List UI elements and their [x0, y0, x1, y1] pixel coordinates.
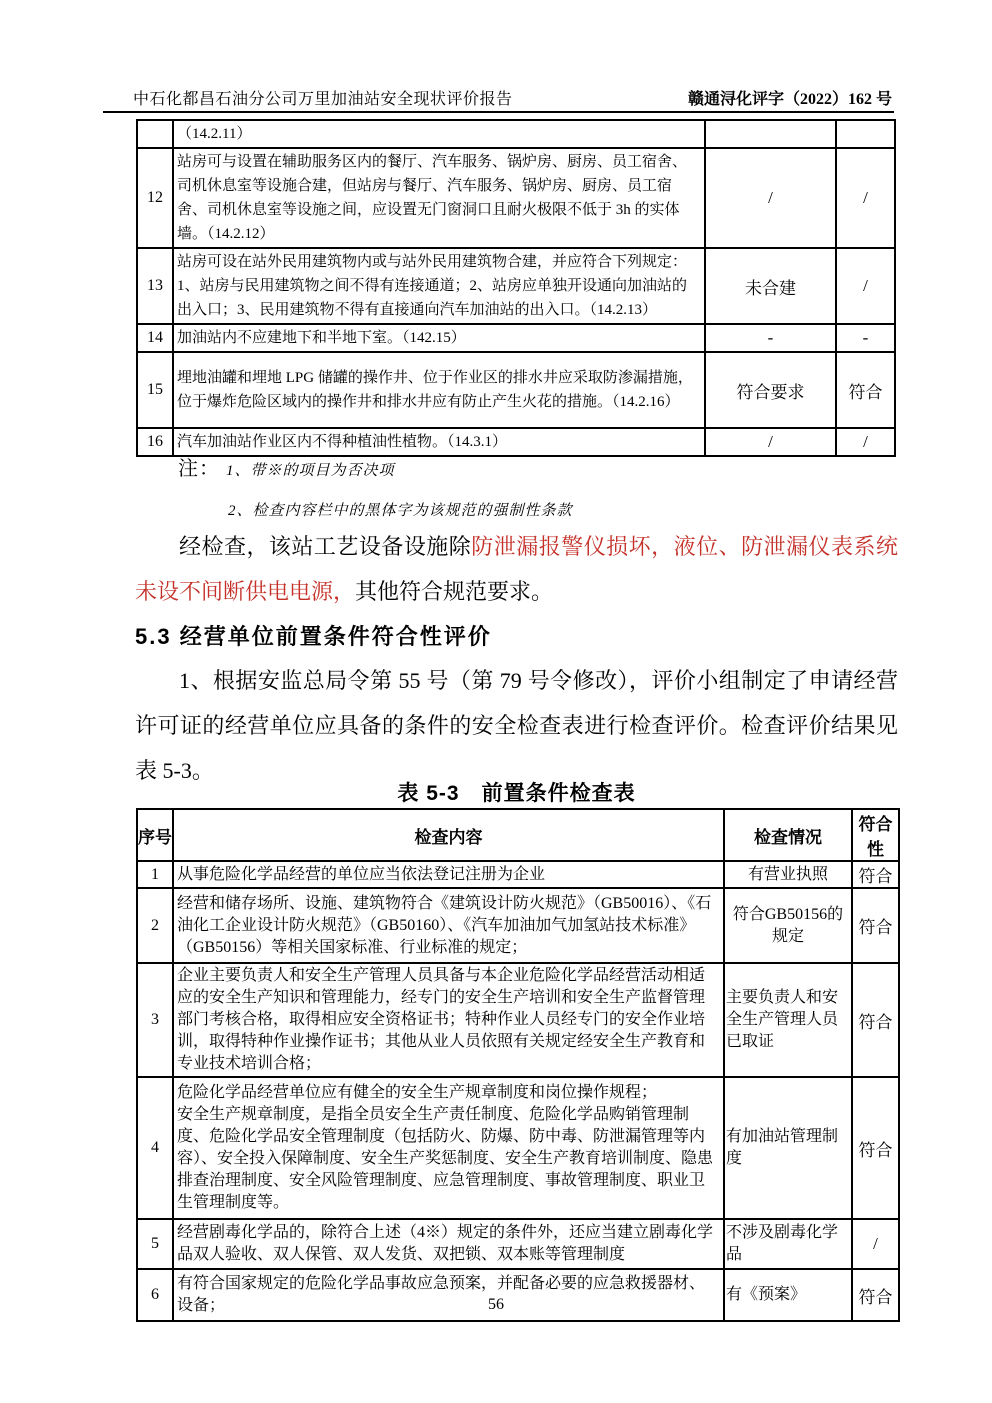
check-content-cell: 危险化学品经营单位应有健全的安全生产规章制度和岗位操作规程； 安全生产规章制度，…: [173, 1077, 724, 1219]
check-status-cell: 未合建: [705, 248, 836, 324]
check-content-cell: 站房可设在站外民用建筑物内或与站外民用建筑物合建，并应符合下列规定：1、站房与民…: [173, 248, 705, 324]
table-row: 12 站房可与设置在辅助服务区内的餐厅、汽车服务、锅炉房、厨房、员工宿舍、司机休…: [137, 148, 895, 248]
page-header: 中石化都昌石油分公司万里加油站安全现状评价报告 赣通浔化评字（2022）162 …: [133, 86, 892, 109]
report-code: 赣通浔化评字（2022）162 号: [688, 86, 892, 109]
check-status-cell: 符合GB50156的规定: [724, 888, 852, 963]
row-number-cell: 5: [137, 1219, 173, 1269]
check-content-cell: 站房可与设置在辅助服务区内的餐厅、汽车服务、锅炉房、厨房、员工宿舍、司机休息室等…: [173, 148, 705, 248]
row-number-cell: 16: [137, 428, 173, 456]
conclusion-suffix: 其他符合规范要求。: [355, 579, 553, 604]
conformity-cell: /: [836, 148, 895, 248]
conclusion-prefix: 经检查，该站工艺设备设施除: [179, 534, 471, 559]
check-content-cell: 经营剧毒化学品的，除符合上述（4※）规定的条件外，还应当建立剧毒化学品双人验收、…: [173, 1219, 724, 1269]
header-divider: [103, 111, 894, 113]
precondition-checklist-table: 序号 检查内容 检查情况 符合性 1 从事危险化学品经营的单位应当依法登记注册为…: [136, 808, 900, 1322]
row-number-cell: 15: [137, 352, 173, 428]
note-item-1: 1、带※的项目为否决项: [226, 459, 395, 480]
conformity-cell: -: [836, 324, 895, 352]
table-caption: 表 5-3 前置条件检查表: [135, 777, 898, 807]
conformity-cell: /: [852, 1219, 899, 1269]
document-page: 中石化都昌石油分公司万里加油站安全现状评价报告 赣通浔化评字（2022）162 …: [0, 0, 992, 1403]
table-row: 2 经营和储存场所、设施、建筑物符合《建筑设计防火规范》（GB50016）、《石…: [137, 888, 899, 963]
table-header-row: 序号 检查内容 检查情况 符合性: [137, 809, 899, 861]
check-status-cell: /: [705, 148, 836, 248]
check-status-cell: 不涉及剧毒化学品: [724, 1219, 852, 1269]
table-row: 5 经营剧毒化学品的，除符合上述（4※）规定的条件外，还应当建立剧毒化学品双人验…: [137, 1219, 899, 1269]
row-number-cell: [137, 120, 173, 148]
notes-label: 注：: [178, 452, 220, 481]
check-status-cell: 有加油站管理制度: [724, 1077, 852, 1219]
check-status-cell: [705, 120, 836, 148]
check-content-cell: 企业主要负责人和安全生产管理人员具备与本企业危险化学品经营活动相适应的安全生产知…: [173, 963, 724, 1077]
section-paragraph: 1、根据安监总局令第 55 号（第 79 号令修改），评价小组制定了申请经营许可…: [135, 658, 898, 793]
conformity-cell: /: [836, 248, 895, 324]
conformity-cell: 符合: [852, 888, 899, 963]
conformity-cell: 符合: [852, 861, 899, 888]
table-row: （14.2.11）: [137, 120, 895, 148]
conformity-cell: 符合: [852, 1077, 899, 1219]
conformity-cell: [836, 120, 895, 148]
row-number-cell: 13: [137, 248, 173, 324]
conformity-cell: /: [836, 428, 895, 456]
row-number-cell: 2: [137, 888, 173, 963]
row-number-cell: 14: [137, 324, 173, 352]
table-notes: 2、检查内容栏中的黑体字为该规范的强制性条款: [228, 499, 573, 520]
table-row: 15 埋地油罐和埋地 LPG 储罐的操作井、位于作业区的排水井应采取防渗漏措施，…: [137, 352, 895, 428]
report-title: 中石化都昌石油分公司万里加油站安全现状评价报告: [133, 86, 513, 109]
conformity-cell: 符合: [852, 963, 899, 1077]
check-content-cell: 埋地油罐和埋地 LPG 储罐的操作井、位于作业区的排水井应采取防渗漏措施，位于爆…: [173, 352, 705, 428]
table-row: 4 危险化学品经营单位应有健全的安全生产规章制度和岗位操作规程； 安全生产规章制…: [137, 1077, 899, 1219]
row-number-cell: 1: [137, 861, 173, 888]
header-conformity: 符合性: [852, 809, 899, 861]
row-number-cell: 4: [137, 1077, 173, 1219]
header-content: 检查内容: [173, 809, 724, 861]
check-content-cell: 加油站内不应建地下和半地下室。（142.15）: [173, 324, 705, 352]
table-row: 13 站房可设在站外民用建筑物内或与站外民用建筑物合建，并应符合下列规定：1、站…: [137, 248, 895, 324]
check-content-cell: （14.2.11）: [173, 120, 705, 148]
check-status-cell: 符合要求: [705, 352, 836, 428]
safety-checklist-table: （14.2.11） 12 站房可与设置在辅助服务区内的餐厅、汽车服务、锅炉房、厨…: [136, 119, 896, 457]
section-heading: 5.3 经营单位前置条件符合性评价: [135, 620, 492, 651]
table-row: 14 加油站内不应建地下和半地下室。（142.15） - -: [137, 324, 895, 352]
check-status-cell: -: [705, 324, 836, 352]
check-status-cell: /: [705, 428, 836, 456]
row-number-cell: 12: [137, 148, 173, 248]
inspection-conclusion-paragraph: 经检查，该站工艺设备设施除防泄漏报警仪损坏，液位、防泄漏仪表系统未设不间断供电电…: [135, 524, 898, 614]
check-status-cell: 有营业执照: [724, 861, 852, 888]
check-content-cell: 经营和储存场所、设施、建筑物符合《建筑设计防火规范》（GB50016）、《石油化…: [173, 888, 724, 963]
check-status-cell: 主要负责人和安全生产管理人员已取证: [724, 963, 852, 1077]
row-number-cell: 3: [137, 963, 173, 1077]
conformity-cell: 符合: [836, 352, 895, 428]
note-item-2: 2、检查内容栏中的黑体字为该规范的强制性条款: [228, 503, 573, 519]
header-row-number: 序号: [137, 809, 173, 861]
page-number: 56: [0, 1296, 992, 1314]
check-content-cell: 从事危险化学品经营的单位应当依法登记注册为企业: [173, 861, 724, 888]
table-row: 1 从事危险化学品经营的单位应当依法登记注册为企业 有营业执照 符合: [137, 861, 899, 888]
header-status: 检查情况: [724, 809, 852, 861]
table-row: 3 企业主要负责人和安全生产管理人员具备与本企业危险化学品经营活动相适应的安全生…: [137, 963, 899, 1077]
table-notes: 注： 1、带※的项目为否决项: [178, 452, 395, 481]
